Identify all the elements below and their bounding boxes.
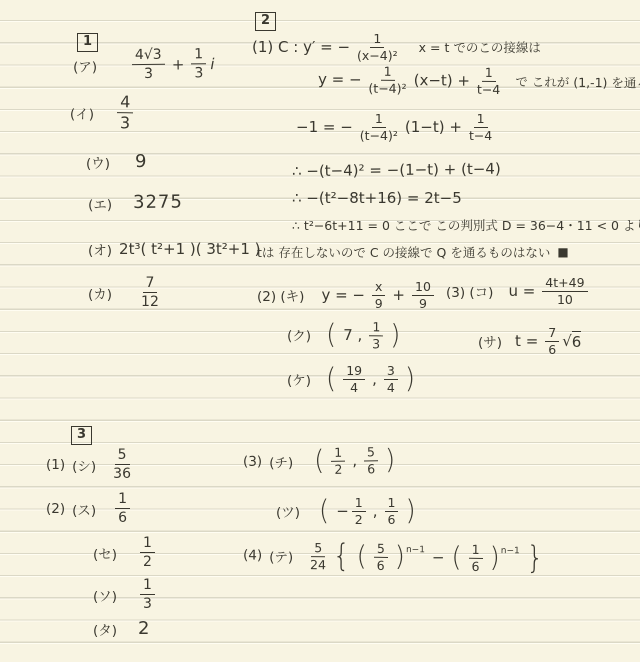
p2-line1-note: x = t でのこの接線は xyxy=(419,38,541,56)
p2-q2-equation-lhs: y = − xyxy=(321,286,365,304)
p1-item-d-value: 3275 xyxy=(133,191,183,213)
p2-line6: ∴ t²−6t+11 = 0 ここで この判別式 D = 36−4・11 < 0… xyxy=(292,216,640,234)
fraction-numerator: 7 xyxy=(545,326,559,342)
p2-q3-fraction: 4t+49 10 xyxy=(542,276,587,306)
fraction-denominator: 9 xyxy=(375,296,383,311)
p3-row5-value: 2 xyxy=(138,618,150,639)
fraction-numerator: 5 xyxy=(364,445,378,461)
p3-t3-fraction2: 1 6 xyxy=(468,543,482,573)
p2-line1-prefix: (1) C : y′ = − xyxy=(252,38,350,56)
fraction-numerator: 1 xyxy=(469,543,483,559)
fraction-numerator: 1 xyxy=(369,320,383,336)
p1-item-f-label: (カ) xyxy=(88,283,112,303)
fraction-denominator: 6 xyxy=(471,558,479,573)
fraction-denominator: (t−4)² xyxy=(368,80,406,95)
fraction-denominator: 6 xyxy=(388,512,396,527)
p1-item-e-label: (オ) xyxy=(88,239,112,259)
fraction-numerator: 4 xyxy=(117,94,133,113)
fraction-numerator: x xyxy=(372,280,385,296)
fraction-numerator: 4√3 xyxy=(132,48,165,66)
fraction-denominator: 12 xyxy=(141,293,159,309)
p2-item-k-first-coord: 7 , xyxy=(343,326,362,344)
radicand: 6 xyxy=(572,331,582,351)
p3-row3-label: (セ) xyxy=(93,543,117,563)
fraction-denominator: 6 xyxy=(548,342,556,357)
fraction-denominator: 3 xyxy=(372,336,380,351)
p3-t2-label: (ツ) xyxy=(276,501,300,521)
p2-line3-mid: (1−t) + xyxy=(405,118,462,136)
p3-t3-label: (テ) xyxy=(269,546,293,566)
p2-line2-prefix: y = − xyxy=(318,70,362,88)
p2-q2-label: (2) (キ) xyxy=(257,285,304,305)
fraction-denominator: 6 xyxy=(377,557,385,572)
p2-item-s-label: (サ) xyxy=(478,331,502,351)
p1-item-a-label: (ア) xyxy=(73,55,97,75)
p3-t3-fraction1: 5 6 xyxy=(374,542,388,572)
p2-item-s-equation-lhs: t = xyxy=(515,332,538,350)
p3-t3-exponent1: n−1 xyxy=(406,545,425,555)
close-paren: ) xyxy=(390,322,400,349)
p2-q2-fraction2: 10 9 xyxy=(412,280,434,310)
fraction-denominator: 3 xyxy=(144,65,153,81)
p3-row1-number: (1) xyxy=(46,457,65,473)
fraction-numerator: 1 xyxy=(370,32,384,48)
p1-item-c-value: 9 xyxy=(135,151,147,172)
fraction-denominator: 3 xyxy=(143,595,152,611)
fraction-numerator: 1 xyxy=(352,496,366,512)
minus-sign: − xyxy=(432,549,445,567)
p1-item-f-fraction: 7 12 xyxy=(141,276,159,309)
notebook-page: 1 (ア) 4√3 3 + 1 3 i (イ) 4 3 (ウ) 9 (エ) 32… xyxy=(0,0,640,662)
open-paren: ( xyxy=(319,497,329,524)
p3-t3-number: (4) xyxy=(243,548,262,564)
p1-item-b-label: (イ) xyxy=(70,102,94,122)
close-brace: } xyxy=(527,543,544,574)
plus-sign: + xyxy=(392,286,405,304)
fraction-denominator: (x−4)² xyxy=(357,48,398,63)
fraction-numerator: 5 xyxy=(374,542,388,558)
p2-line4: ∴ −(t−4)² = −(1−t) + (t−4) xyxy=(292,160,501,181)
fraction-denominator: 4 xyxy=(387,380,395,395)
fraction-denominator: 3 xyxy=(120,113,130,131)
fraction-numerator: 1 xyxy=(385,496,399,512)
p2-item-k-fraction: 1 3 xyxy=(369,320,383,350)
p1-item-a-fraction1: 4√3 3 xyxy=(132,48,165,82)
fraction-denominator: 36 xyxy=(113,465,131,481)
fraction-numerator: 1 xyxy=(115,492,130,509)
fraction-denominator: t−4 xyxy=(477,81,500,96)
p2-item-ke-fraction2: 3 4 xyxy=(384,364,398,394)
plus-sign: + xyxy=(172,55,185,73)
p3-t1-fraction1: 1 2 xyxy=(331,446,345,476)
open-paren: ( xyxy=(326,321,336,348)
fraction-numerator: 1 xyxy=(372,112,386,128)
fraction-denominator: 24 xyxy=(310,557,326,572)
p2-item-s-fraction: 7 6 xyxy=(545,326,559,356)
fraction-denominator: (t−4)² xyxy=(360,128,398,143)
fraction-denominator: t−4 xyxy=(469,128,492,143)
p3-t3-coefficient-fraction: 5 24 xyxy=(310,541,326,571)
p1-item-b-fraction: 4 3 xyxy=(117,94,134,132)
p3-t1-fraction2: 5 6 xyxy=(364,445,378,475)
p2-item-k-label: (ク) xyxy=(287,325,311,345)
fraction-numerator: 19 xyxy=(343,364,365,380)
comma: , xyxy=(373,502,378,520)
fraction-denominator: 2 xyxy=(143,553,152,569)
p2-line7-conclusion: tは 存在しないので C の接線で Q を通るものはない xyxy=(257,243,550,261)
fraction-numerator: 1 xyxy=(140,536,155,553)
p3-row2-number: (2) xyxy=(46,501,65,517)
minus-sign: − xyxy=(336,502,349,520)
radical-sign: √ xyxy=(562,332,572,350)
p1-item-a-fraction2: 1 3 xyxy=(191,47,206,81)
open-paren: ( xyxy=(314,447,324,474)
fraction-numerator: 1 xyxy=(140,578,155,595)
fraction-numerator: 1 xyxy=(381,65,395,81)
fraction-denominator: 10 xyxy=(557,292,573,307)
comma: , xyxy=(372,370,377,388)
p3-row4-label: (ソ) xyxy=(93,585,117,605)
close-paren: ) xyxy=(405,365,415,392)
p1-item-d-label: (エ) xyxy=(88,193,112,213)
p3-row2-fraction: 1 6 xyxy=(115,492,130,525)
fraction-denominator: 6 xyxy=(118,509,127,525)
p3-row1-label: (シ) xyxy=(72,455,96,475)
fraction-numerator: 3 xyxy=(384,364,398,380)
p1-item-e-value: 2t³( t²+1 )( 3t²+1 ) xyxy=(119,240,260,258)
fraction-numerator: 1 xyxy=(482,66,496,82)
p2-line5: ∴ −(t²−8t+16) = 2t−5 xyxy=(292,189,462,207)
p3-t2-fraction2: 1 6 xyxy=(385,496,399,526)
p3-row2-label: (ス) xyxy=(72,499,96,519)
p3-t1-number: (3) xyxy=(243,454,262,470)
comma: , xyxy=(352,452,357,470)
p2-line2-note: で これが (1,-1) を通るとき. xyxy=(515,72,640,92)
p2-line3-fraction1: 1 (t−4)² xyxy=(360,112,398,142)
open-paren: ( xyxy=(451,544,461,571)
fraction-denominator: 9 xyxy=(419,296,427,311)
close-paren: ) xyxy=(489,544,499,571)
open-paren: ( xyxy=(356,543,366,570)
p3-row4-fraction: 1 3 xyxy=(140,578,155,611)
fraction-denominator: 6 xyxy=(367,461,375,476)
p2-item-ke-label: (ケ) xyxy=(287,369,311,389)
fraction-numerator: 10 xyxy=(412,280,434,296)
p2-line2-mid: (x−t) + xyxy=(414,71,471,90)
fraction-denominator: 4 xyxy=(350,380,358,395)
qed-box-icon: ■ xyxy=(557,245,568,259)
p2-q3-label: (3) (コ) xyxy=(446,281,493,301)
fraction-denominator: 3 xyxy=(194,64,203,80)
fraction-numerator: 5 xyxy=(115,448,130,465)
problem3-box-label: 3 xyxy=(71,426,92,445)
p1-item-c-label: (ウ) xyxy=(86,152,110,172)
p3-row1-fraction: 5 36 xyxy=(113,448,131,481)
p3-row3-fraction: 1 2 xyxy=(140,536,155,569)
p3-t3-exponent2: n−1 xyxy=(501,546,520,556)
p3-t1-label: (チ) xyxy=(269,451,293,471)
fraction-denominator: 2 xyxy=(334,461,342,476)
p2-line2-fraction2: 1 t−4 xyxy=(477,66,501,96)
p2-line3-prefix: −1 = − xyxy=(296,118,353,136)
imaginary-unit: i xyxy=(210,55,214,73)
p3-row5-label: (タ) xyxy=(93,619,117,639)
problem2-box-label: 2 xyxy=(255,12,276,31)
p3-t2-fraction1: 1 2 xyxy=(352,496,366,526)
p2-q2-fraction1: x 9 xyxy=(372,280,385,310)
fraction-numerator: 4t+49 xyxy=(542,276,587,292)
fraction-numerator: 5 xyxy=(311,541,325,557)
open-brace: { xyxy=(333,541,350,572)
p2-q3-equation-lhs: u = xyxy=(508,282,535,300)
fraction-denominator: 2 xyxy=(355,512,363,527)
p2-item-ke-fraction1: 19 4 xyxy=(343,364,365,394)
fraction-numerator: 7 xyxy=(143,276,158,293)
fraction-numerator: 1 xyxy=(191,47,206,64)
open-paren: ( xyxy=(326,365,336,392)
fraction-numerator: 1 xyxy=(474,112,488,128)
p2-line2-fraction1: 1 (t−4)² xyxy=(368,65,406,96)
close-paren: ) xyxy=(395,543,405,570)
close-paren: ) xyxy=(405,497,415,524)
fraction-numerator: 1 xyxy=(331,446,345,462)
p2-line1-fraction: 1 (x−4)² xyxy=(357,32,398,62)
p2-line3-fraction2: 1 t−4 xyxy=(469,112,492,142)
close-paren: ) xyxy=(385,447,395,474)
